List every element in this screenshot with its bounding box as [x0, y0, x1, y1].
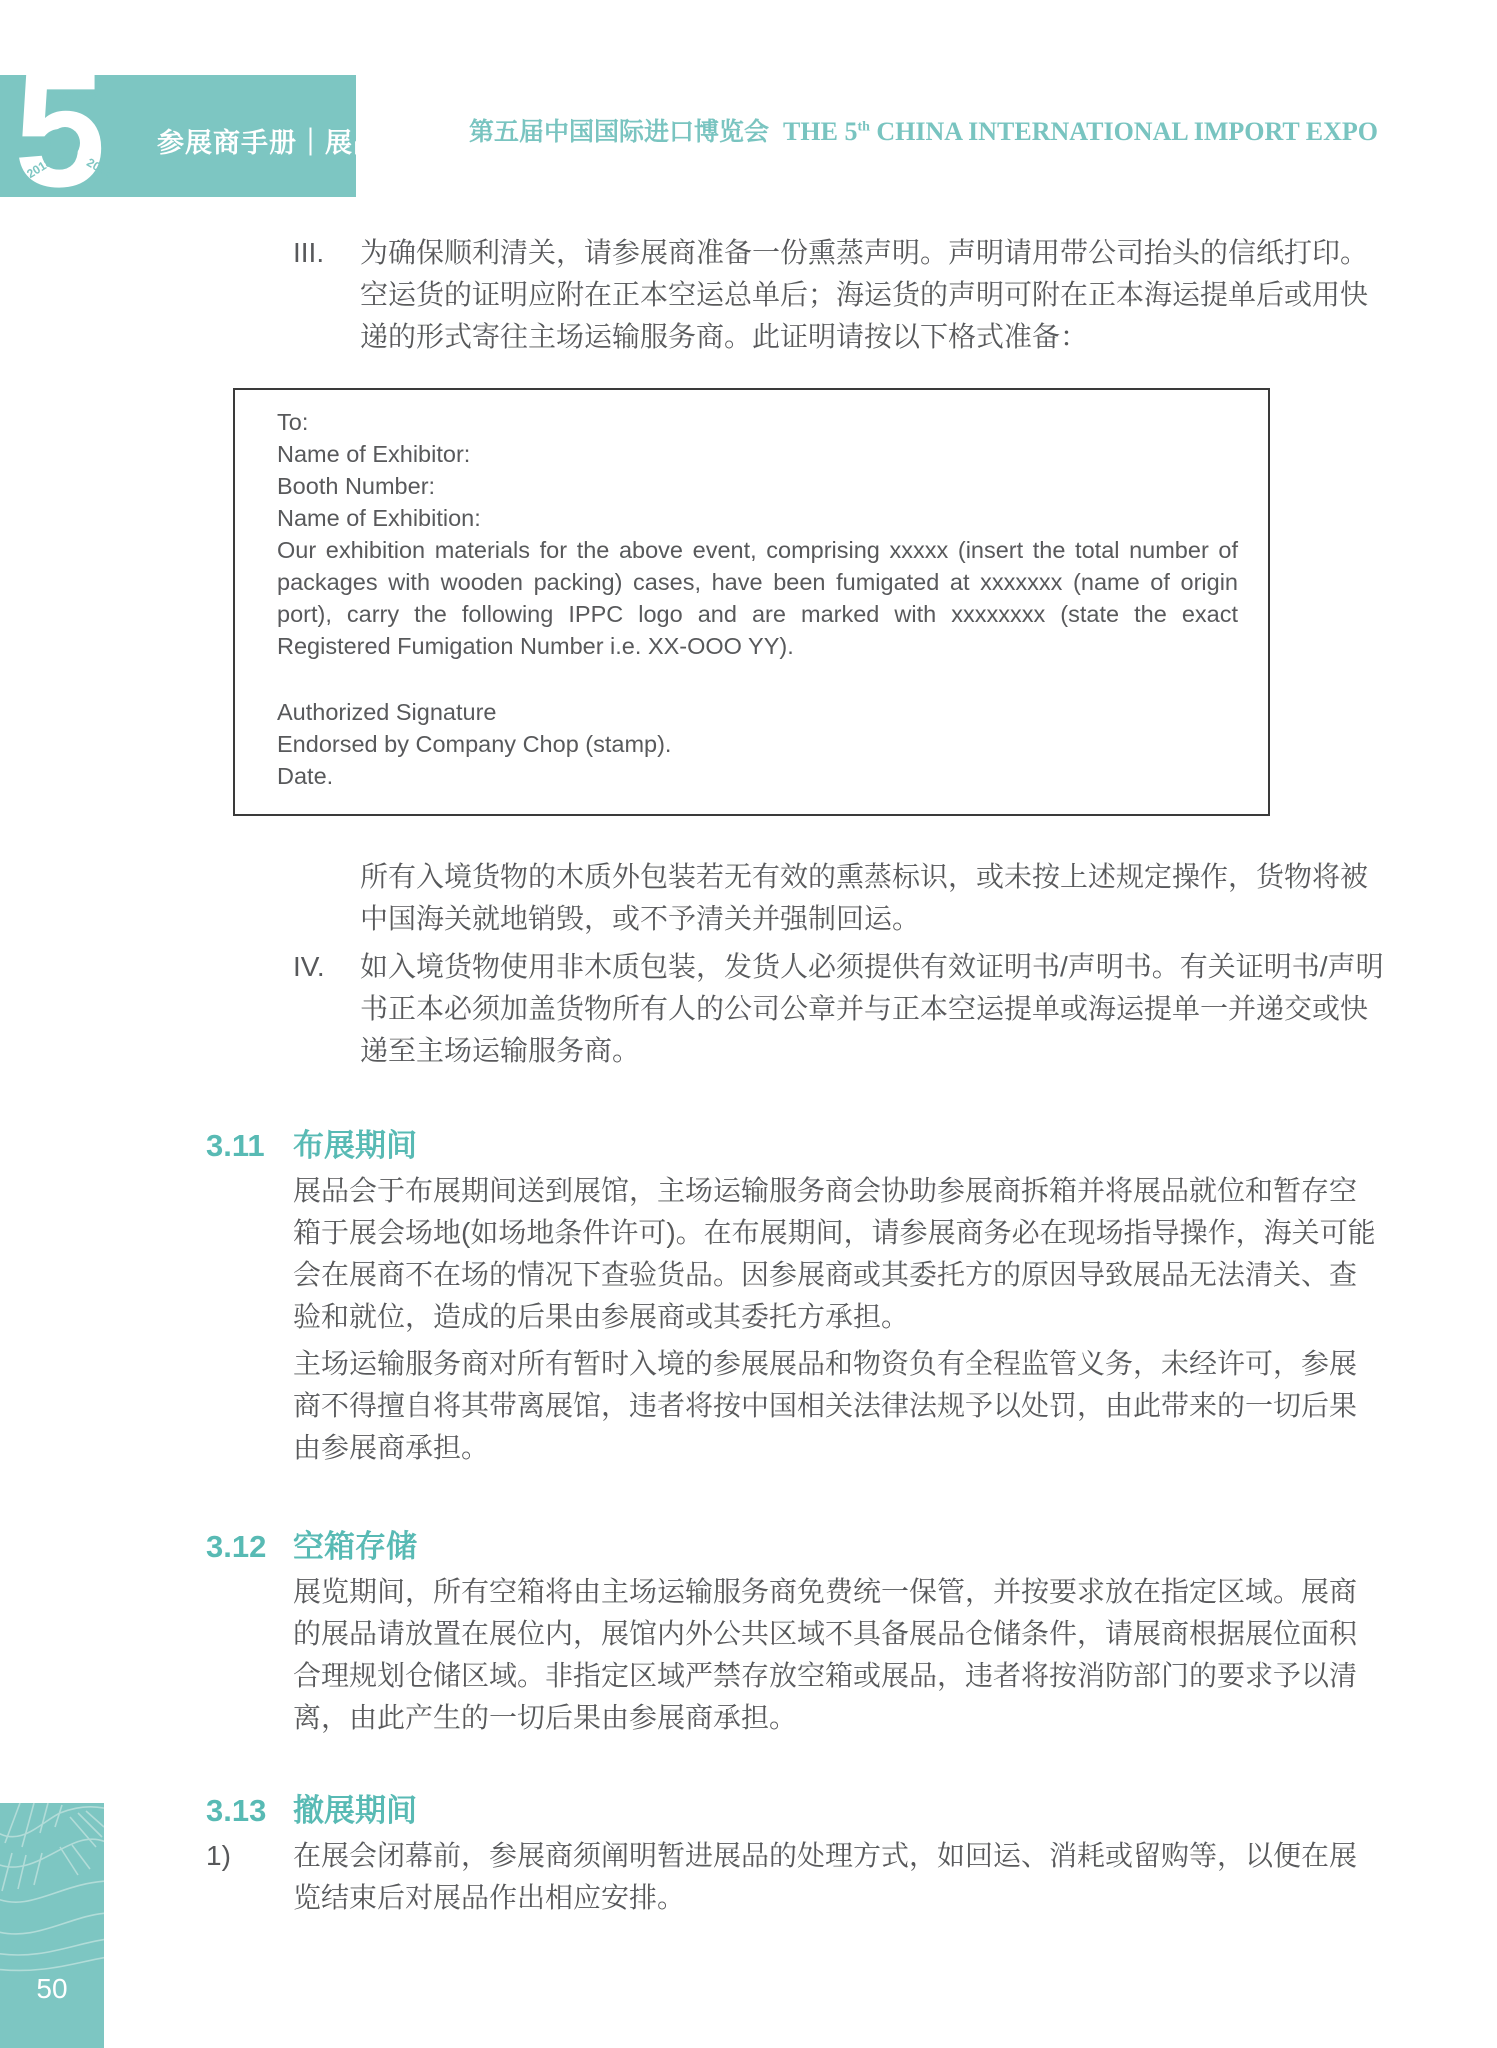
section-3-11: 3.11 布展期间 展品会于布展期间送到展馆，主场运输服务商会协助参展商拆箱并将… [206, 1124, 1384, 1469]
list-marker: III. [293, 232, 357, 274]
section-title: 布展期间 [293, 1128, 417, 1163]
box-line-date: Date. [277, 760, 1238, 792]
exhibitor-manual-page: 5 CIIE 2018 2022 参展商手册｜展品运输 第五届中国国际进口博览会… [0, 0, 1497, 2048]
box-line-chop: Endorsed by Company Chop (stamp). [277, 728, 1238, 760]
list-marker: IV. [293, 946, 357, 988]
list-item-iii: III. 为确保顺利清关，请参展商准备一份熏蒸声明。声明请用带公司抬头的信纸打印… [206, 232, 1384, 358]
wood-packing-warning: 所有入境货物的木质外包装若无有效的熏蒸标识，或未按上述规定操作，货物将被中国海关… [360, 856, 1384, 940]
expo-title: 第五届中国国际进口博览会THE 5th CHINA INTERNATIONAL … [469, 112, 1378, 148]
section-heading: 3.13 撤展期间 [293, 1789, 1384, 1833]
fumigation-declaration-box: To: Name of Exhibitor: Booth Number: Nam… [233, 388, 1270, 816]
page-number: 50 [0, 1973, 104, 2005]
box-line-signature: Authorized Signature [277, 696, 1238, 728]
list-item-iv: IV. 如入境货物使用非木质包装，发货人必须提供有效证明书/声明书。有关证明书/… [206, 946, 1384, 1072]
box-body-text: Our exhibition materials for the above e… [277, 534, 1238, 662]
box-line-booth: Booth Number: [277, 470, 1238, 502]
globe-icon [50, 127, 80, 159]
expo-title-cn: 第五届中国国际进口博览会 [469, 118, 769, 146]
section-title: 撤展期间 [293, 1793, 417, 1828]
ciie-5-logo: 5 CIIE 2018 2022 [22, 77, 140, 209]
section-number: 3.12 [206, 1525, 266, 1569]
section-paragraph: 展览期间，所有空箱将由主场运输服务商免费统一保管，并按要求放在指定区域。展商的展… [293, 1571, 1384, 1739]
header-band: 5 CIIE 2018 2022 参展商手册｜展品运输 [0, 75, 356, 197]
section-heading: 3.12 空箱存储 [293, 1525, 1384, 1569]
section-heading: 3.11 布展期间 [293, 1124, 1384, 1168]
section-number: 3.13 [206, 1789, 266, 1833]
section-title: 空箱存储 [293, 1529, 417, 1564]
page-footer-corner: 50 [0, 1803, 104, 2048]
list-item-text: 在展会闭幕前，参展商须阐明暂进展品的处理方式，如回运、消耗或留购等，以便在展览结… [293, 1835, 1384, 1919]
expo-title-en: THE 5th CHINA INTERNATIONAL IMPORT EXPO [783, 117, 1378, 146]
list-item-1: 1) 在展会闭幕前，参展商须阐明暂进展品的处理方式，如回运、消耗或留购等，以便在… [293, 1835, 1384, 1919]
list-marker: 1) [206, 1835, 231, 1877]
box-line-exhibitor: Name of Exhibitor: [277, 438, 1238, 470]
box-spacer [277, 662, 1238, 696]
page-body: III. 为确保顺利清关，请参展商准备一份熏蒸声明。声明请用带公司抬头的信纸打印… [206, 232, 1384, 1919]
box-line-exhibition: Name of Exhibition: [277, 502, 1238, 534]
decorative-pattern [0, 1803, 104, 2048]
manual-section-title: 参展商手册｜展品运输 [157, 121, 437, 160]
item-iii-text: 为确保顺利清关，请参展商准备一份熏蒸声明。声明请用带公司抬头的信纸打印。空运货的… [360, 232, 1384, 358]
section-3-13: 3.13 撤展期间 1) 在展会闭幕前，参展商须阐明暂进展品的处理方式，如回运、… [206, 1789, 1384, 1919]
section-number: 3.11 [206, 1124, 265, 1168]
section-paragraph: 主场运输服务商对所有暂时入境的参展展品和物资负有全程监管义务，未经许可，参展商不… [293, 1343, 1384, 1469]
section-3-12: 3.12 空箱存储 展览期间，所有空箱将由主场运输服务商免费统一保管，并按要求放… [206, 1525, 1384, 1739]
ordinal-superscript: th [857, 119, 869, 134]
logo-org-text: CIIE [61, 88, 105, 109]
box-line-to: To: [277, 406, 1238, 438]
section-paragraph: 展品会于布展期间送到展馆，主场运输服务商会协助参展商拆箱并将展品就位和暂存空箱于… [293, 1170, 1384, 1338]
item-iv-text: 如入境货物使用非木质包装，发货人必须提供有效证明书/声明书。有关证明书/声明书正… [360, 946, 1384, 1072]
